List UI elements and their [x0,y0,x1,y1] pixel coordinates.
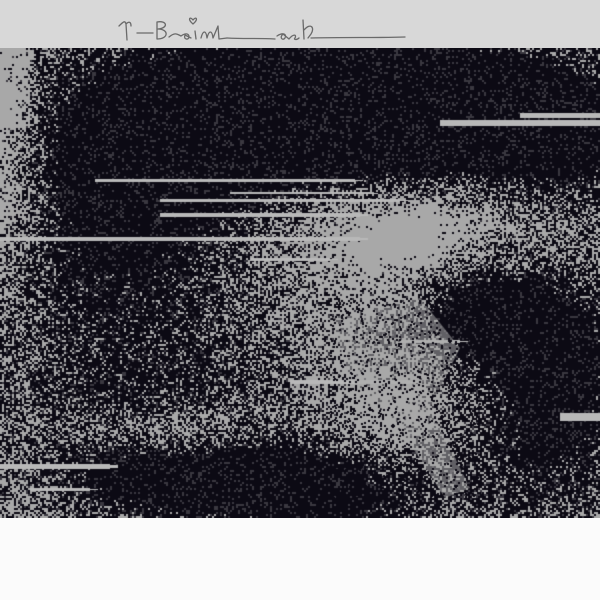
signature: M-Brainwash [105,12,415,46]
print-image [0,48,600,518]
artwork: M-Brainwash [0,0,600,600]
bottom-margin [0,518,600,600]
top-margin: M-Brainwash [0,0,600,48]
grainy-print-canvas [0,48,600,518]
svg-text:M-Brainwash: M-Brainwash [105,12,207,16]
